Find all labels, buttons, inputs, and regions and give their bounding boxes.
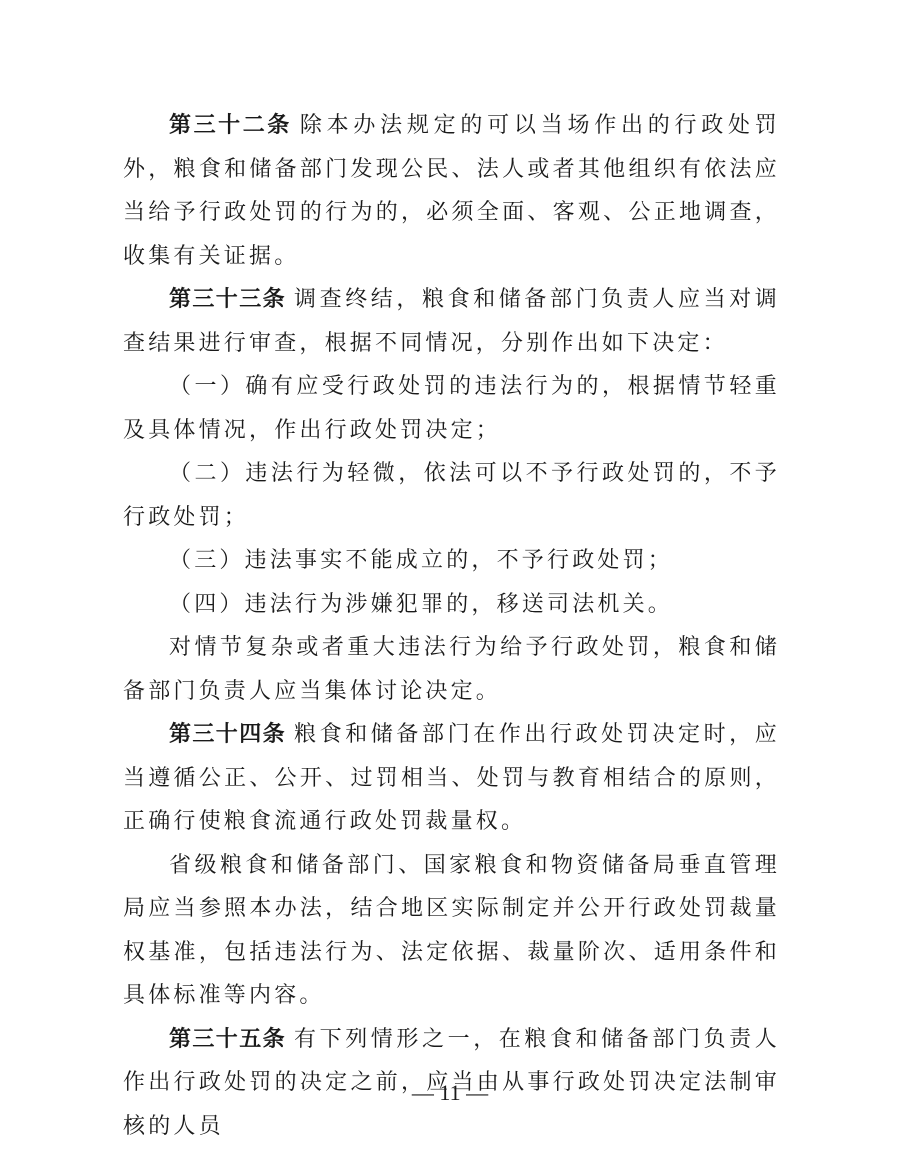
article-heading: 第三十三条 bbox=[169, 287, 286, 312]
paragraph-item-4: （四）违法行为涉嫌犯罪的，移送司法机关。 bbox=[123, 583, 780, 627]
paragraph-item-3: （三）违法事实不能成立的，不予行政处罚； bbox=[123, 539, 780, 583]
document-body: 第三十二条除本办法规定的可以当场作出的行政处罚外，粮食和储备部门发现公民、法人或… bbox=[123, 104, 780, 1148]
paragraph-article-32: 第三十二条除本办法规定的可以当场作出的行政处罚外，粮食和储备部门发现公民、法人或… bbox=[123, 104, 780, 278]
paragraph-text: （三）违法事实不能成立的，不予行政处罚； bbox=[169, 548, 673, 573]
paragraph-text: （一）确有应受行政处罚的违法行为的，根据情节轻重及具体情况，作出行政处罚决定； bbox=[123, 374, 780, 443]
page-number: — 11 — bbox=[0, 1080, 900, 1106]
paragraph-text: （四）违法行为涉嫌犯罪的，移送司法机关。 bbox=[169, 592, 673, 617]
paragraph-item-2: （二）违法行为轻微，依法可以不予行政处罚的，不予行政处罚； bbox=[123, 452, 780, 539]
article-heading: 第三十五条 bbox=[169, 1027, 286, 1052]
paragraph-discretion-standard: 省级粮食和储备部门、国家粮食和物资储备局垂直管理局应当参照本办法，结合地区实际制… bbox=[123, 844, 780, 1018]
article-heading: 第三十四条 bbox=[169, 722, 286, 747]
paragraph-item-1: （一）确有应受行政处罚的违法行为的，根据情节轻重及具体情况，作出行政处罚决定； bbox=[123, 365, 780, 452]
paragraph-article-33: 第三十三条调查终结，粮食和储备部门负责人应当对调查结果进行审查，根据不同情况，分… bbox=[123, 278, 780, 365]
article-heading: 第三十二条 bbox=[169, 113, 292, 138]
paragraph-collective-decision: 对情节复杂或者重大违法行为给予行政处罚，粮食和储备部门负责人应当集体讨论决定。 bbox=[123, 626, 780, 713]
paragraph-text: 省级粮食和储备部门、国家粮食和物资储备局垂直管理局应当参照本办法，结合地区实际制… bbox=[123, 853, 780, 1009]
paragraph-article-34: 第三十四条粮食和储备部门在作出行政处罚决定时，应当遵循公正、公开、过罚相当、处罚… bbox=[123, 713, 780, 844]
paragraph-text: （二）违法行为轻微，依法可以不予行政处罚的，不予行政处罚； bbox=[123, 461, 780, 530]
paragraph-text: 对情节复杂或者重大违法行为给予行政处罚，粮食和储备部门负责人应当集体讨论决定。 bbox=[123, 635, 780, 704]
